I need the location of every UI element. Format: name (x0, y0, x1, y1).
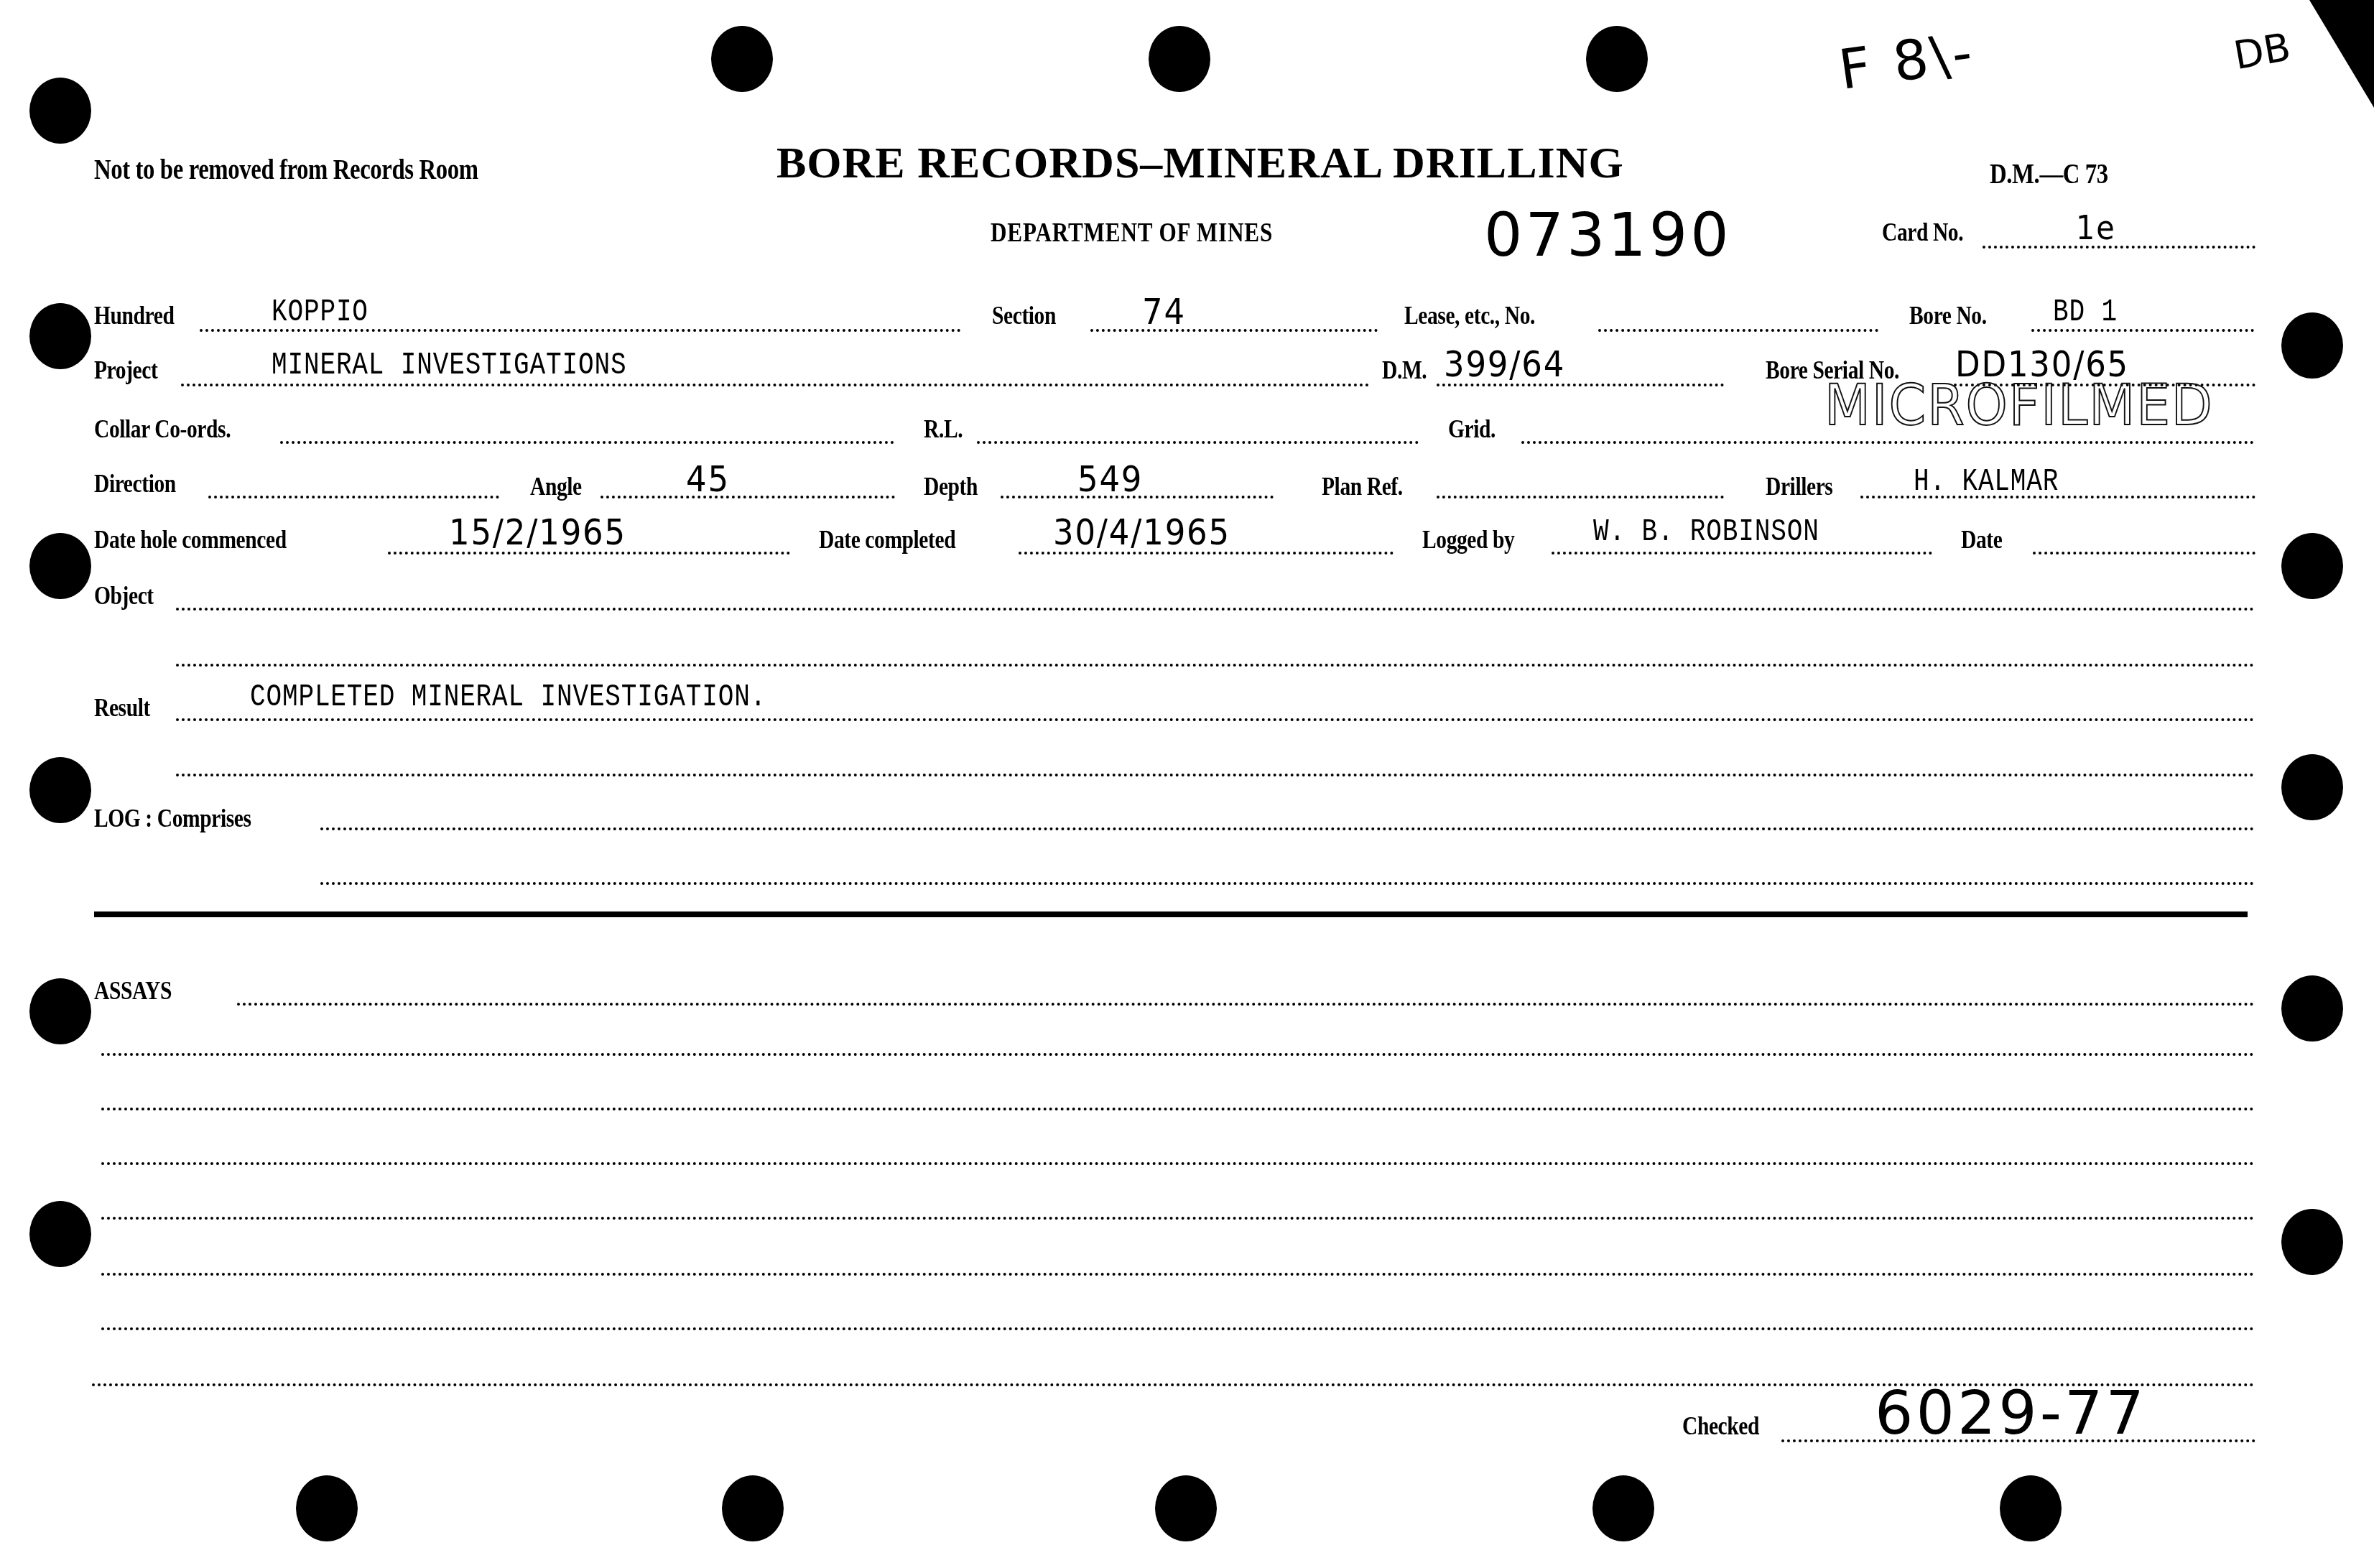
department-name: DEPARTMENT OF MINES (991, 217, 1273, 249)
project-line (181, 384, 1370, 386)
assays-line-5 (101, 1273, 2255, 1276)
log-label: LOG : Comprises (94, 803, 251, 833)
direction-label: Direction (94, 468, 176, 498)
microfilmed-stamp: MICROFILMED (1824, 374, 2214, 438)
punch-hole-left-4 (29, 757, 91, 823)
result-label: Result (94, 692, 150, 723)
project-label: Project (94, 355, 157, 385)
punch-hole-bottom-5 (2000, 1475, 2062, 1541)
section-line (1090, 329, 1378, 332)
date-commenced-label: Date hole commenced (94, 524, 287, 555)
punch-hole-left-1 (29, 78, 91, 144)
punch-hole-left-2 (29, 303, 91, 369)
result-line-1 (176, 718, 2255, 721)
drillers-label: Drillers (1766, 471, 1832, 501)
logged-by-value[interactable]: W. B. ROBINSON (1593, 514, 1819, 550)
plan-ref-label: Plan Ref. (1322, 471, 1403, 501)
depth-value[interactable]: 549 (1077, 458, 1143, 500)
hundred-label: Hundred (94, 300, 174, 330)
date-line (2033, 552, 2255, 555)
angle-label: Angle (530, 471, 582, 501)
record-number: 073190 (1484, 200, 1732, 270)
handwritten-file-ref: F 8\- (1835, 19, 1979, 101)
page-title: BORE RECORDS–MINERAL DRILLING (776, 138, 1624, 189)
bore-no-label: Bore No. (1909, 300, 1987, 330)
checked-value[interactable]: 6029-77 (1875, 1378, 2147, 1448)
log-line-1 (320, 827, 2255, 830)
punch-hole-bottom-1 (296, 1475, 358, 1541)
punch-hole-right-3 (2281, 754, 2343, 820)
handwritten-initials: DB (2230, 24, 2294, 79)
punch-hole-right-2 (2281, 533, 2343, 599)
date-label: Date (1961, 524, 2002, 555)
date-completed-label: Date completed (819, 524, 955, 555)
rl-line (977, 441, 1419, 444)
grid-line (1521, 441, 2254, 444)
punch-hole-right-4 (2281, 975, 2343, 1042)
result-line-2 (176, 774, 2255, 776)
assays-line-6 (101, 1327, 2255, 1330)
section-value[interactable]: 74 (1142, 291, 1186, 333)
logged-by-line (1552, 552, 1932, 555)
punch-hole-bottom-3 (1155, 1475, 1217, 1541)
drillers-value[interactable]: H. KALMAR (1914, 464, 2059, 500)
date-commenced-value[interactable]: 15/2/1965 (449, 511, 626, 553)
angle-value[interactable]: 45 (686, 458, 730, 500)
clipped-corner (2309, 0, 2374, 108)
logged-by-label: Logged by (1422, 524, 1514, 555)
assays-label: ASSAYS (94, 975, 172, 1006)
object-line-1 (176, 608, 2255, 611)
punch-hole-right-5 (2281, 1209, 2343, 1275)
plan-ref-line (1437, 496, 1724, 498)
object-line-2 (176, 664, 2255, 667)
bore-record-card: F 8\- DB Not to be removed from Records … (0, 0, 2374, 1568)
section-divider (94, 911, 2248, 917)
collar-coords-label: Collar Co-ords. (94, 414, 231, 444)
assays-line-2 (101, 1108, 2255, 1110)
checked-label: Checked (1682, 1411, 1759, 1441)
depth-label: Depth (924, 471, 978, 501)
punch-hole-top-1 (711, 26, 773, 92)
lease-line (1598, 329, 1878, 332)
dm-value[interactable]: 399/64 (1444, 343, 1565, 385)
punch-hole-bottom-2 (722, 1475, 784, 1541)
card-no-value[interactable]: 1e (2076, 208, 2115, 247)
card-no-line (1983, 246, 2255, 249)
punch-hole-top-3 (1586, 26, 1648, 92)
punch-hole-left-3 (29, 533, 91, 599)
punch-hole-bottom-4 (1592, 1475, 1654, 1541)
grid-label: Grid. (1448, 414, 1496, 444)
bore-no-value[interactable]: BD 1 (2053, 294, 2118, 330)
rl-label: R.L. (924, 414, 963, 444)
direction-line (208, 496, 499, 498)
punch-hole-left-5 (29, 978, 91, 1044)
punch-hole-left-6 (29, 1201, 91, 1267)
card-no-label: Card No. (1882, 217, 1963, 247)
hundred-value[interactable]: KOPPIO (272, 294, 368, 330)
collar-coords-line (280, 441, 894, 444)
assays-line-3 (101, 1162, 2255, 1165)
section-label: Section (992, 300, 1056, 330)
assays-line-4 (101, 1217, 2255, 1220)
project-value[interactable]: MINERAL INVESTIGATIONS (272, 348, 626, 384)
log-line-2 (320, 882, 2255, 885)
lease-label: Lease, etc., No. (1404, 300, 1535, 330)
angle-line (601, 496, 895, 498)
assays-line-1 (101, 1053, 2255, 1056)
punch-hole-top-2 (1149, 26, 1210, 92)
dm-label: D.M. (1382, 355, 1427, 385)
form-code: D.M.—C 73 (1990, 157, 2108, 190)
assays-line-0 (237, 1003, 2255, 1006)
date-completed-value[interactable]: 30/4/1965 (1053, 511, 1230, 553)
records-room-notice: Not to be removed from Records Room (94, 152, 478, 186)
object-label: Object (94, 580, 154, 611)
result-value[interactable]: COMPLETED MINERAL INVESTIGATION. (250, 679, 766, 715)
punch-hole-right-1 (2281, 312, 2343, 379)
